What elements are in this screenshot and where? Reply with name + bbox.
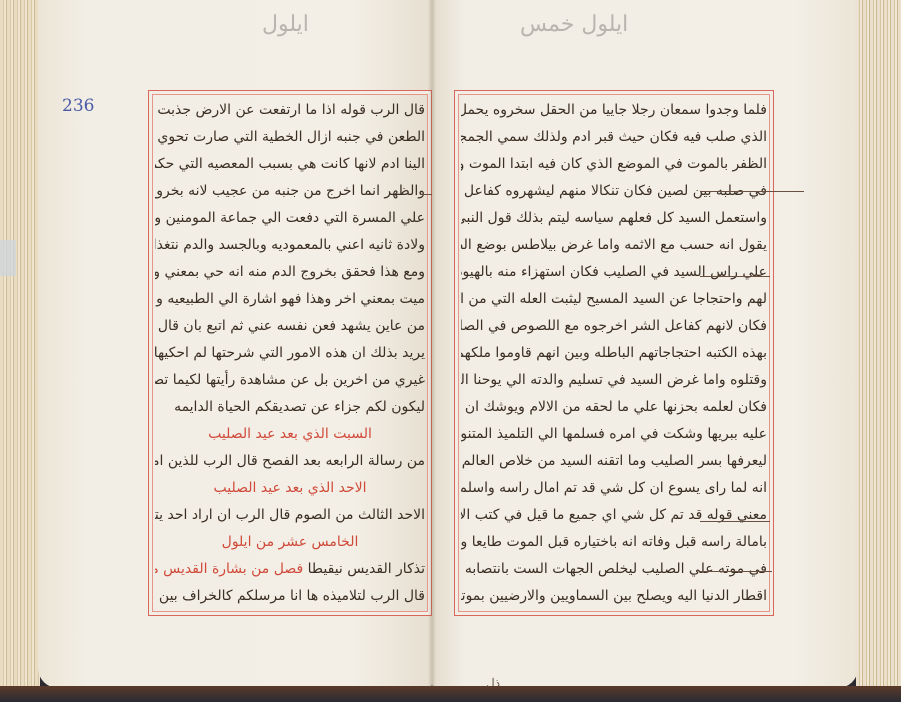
text-line: فكان لعلمه بحزنها علي ما لحقه من الالام … xyxy=(461,396,767,418)
text-line: يريد بذلك ان هذه الامور التي شرحتها لم ا… xyxy=(155,342,425,364)
marginal-stroke xyxy=(700,571,772,572)
marginal-stroke xyxy=(700,191,804,192)
text-line: من رسالة الرابعه بعد الفصح قال الرب للذي… xyxy=(155,450,425,472)
text-line: لهم واحتجاجا عن السيد المسيح ليثبت العله… xyxy=(461,288,767,310)
text-line: في موته علي الصليب ليخلص الجهات الست بان… xyxy=(461,558,767,580)
gutter-shadow xyxy=(428,0,436,688)
text-line: الينا ادم لانها كانت هي بسبب المعصيه الت… xyxy=(155,153,425,175)
marginal-stroke xyxy=(420,194,432,195)
marginal-stroke xyxy=(700,521,770,522)
folio-number: 236 xyxy=(62,96,94,116)
text-line: الذي صلب فيه فكان حيث قبر ادم ولذلك سمي … xyxy=(461,126,767,148)
manuscript-spread: ايلول 236 قال الرب قوله اذا ما ارتفعت عن… xyxy=(0,0,901,702)
text-line: ليعرفها بسر الصليب وما اتقنه السيد من خل… xyxy=(461,450,767,472)
mixed-rubric-line: تذكار القديس نيقيطا فصل من بشارة القديس … xyxy=(155,558,425,580)
text-line: انه لما راى يسوع ان كل شي قد تم امال راس… xyxy=(461,477,767,499)
bookmark-tab xyxy=(0,240,16,276)
text-line: بامالة راسه قبل وفاته انه باختياره قبل ا… xyxy=(461,531,767,553)
text-line: فكان لانهم كفاعل الشر اخرجوه مع اللصوص ف… xyxy=(461,315,767,337)
text-line: ميت بمعني اخر وهذا فهو اشارة الي الطبيعي… xyxy=(155,288,425,310)
text-line: والظهر انما اخرج من جنبه من عجيب لانه بخ… xyxy=(155,180,425,202)
rubric-heading: السبت الذي بعد عيد الصليب xyxy=(155,423,425,445)
rubric-heading: الاحد الذي بعد عيد الصليب xyxy=(155,477,425,499)
text-line: واستعمل السيد كل فعلهم سياسه ليتم بذلك ق… xyxy=(461,207,767,229)
rubric-heading: الخامس عشر من ايلول xyxy=(155,531,425,553)
text-line: الاحد الثالث من الصوم قال الرب ان اراد ا… xyxy=(155,504,425,526)
text-line: معني قوله قد تم كل شي اي جميع ما قيل في … xyxy=(461,504,767,526)
left-page-edges xyxy=(0,0,40,692)
text-line: علي المسرة التي دفعت الي جماعة المومنين … xyxy=(155,207,425,229)
text-line: علي راس السيد في الصليب فكان استهزاء منه… xyxy=(461,261,767,283)
text-line: فلما وجدوا سمعان رجلا جاييا من الحقل سخر… xyxy=(461,99,767,121)
text-line: ومع هذا فحقق بخروج الدم منه انه حي بمعني… xyxy=(155,261,425,283)
text-line: يقول انه حسب مع الاثمه واما غرض بيلاطس ب… xyxy=(461,234,767,256)
text-line: الظفر بالموت في الموضع الذي كان فيه ابتد… xyxy=(461,153,767,175)
text-line: غيري من اخرين بل عن مشاهدة رأيتها لكيما … xyxy=(155,369,425,391)
text-line: من عاين يشهد فعن نفسه عني ثم اتبع بان قا… xyxy=(155,315,425,337)
right-text-frame: فلما وجدوا سمعان رجلا جاييا من الحقل سخر… xyxy=(454,90,774,616)
text-line: وقتلوه واما غرض السيد في تسليم والدته ال… xyxy=(461,369,767,391)
commemoration-text: تذكار القديس نيقيطا xyxy=(308,561,425,577)
text-line: قال الرب قوله اذا ما ارتفعت عن الارض جذب… xyxy=(155,99,425,121)
text-line: عليه ببريها وشكت في امره فسلمها الي التل… xyxy=(461,423,767,445)
marginal-stroke xyxy=(700,276,770,277)
right-header-pencil-note: ايلول خمس xyxy=(520,12,628,37)
text-line: ليكون لكم جزاء عن تصديقكم الحياة الدايمه xyxy=(155,396,425,418)
binding-bottom xyxy=(0,686,901,702)
text-line: الطعن في جنبه ازال الخطية التي صارت تحوي… xyxy=(155,126,425,148)
text-line: اقطار الدنيا اليه ويصلح بين السماويين وا… xyxy=(461,585,767,607)
left-text-frame: قال الرب قوله اذا ما ارتفعت عن الارض جذب… xyxy=(148,90,432,616)
text-line: بهذه الكتبه احتجاجاتهم الباطله وبين انهم… xyxy=(461,342,767,364)
left-header-pencil-note: ايلول xyxy=(262,12,309,37)
gospel-rubric: فصل من بشارة القديس متي الانجيلي xyxy=(155,561,303,577)
right-page-edges xyxy=(856,0,901,692)
text-line: ولادة ثانيه اعني بالمعموديه وبالجسد والد… xyxy=(155,234,425,256)
right-text-block: فلما وجدوا سمعان رجلا جاييا من الحقل سخر… xyxy=(461,99,767,607)
text-line: قال الرب لتلاميذه ها انا مرسلكم كالخراف … xyxy=(155,585,425,607)
left-text-block: قال الرب قوله اذا ما ارتفعت عن الارض جذب… xyxy=(155,99,425,607)
